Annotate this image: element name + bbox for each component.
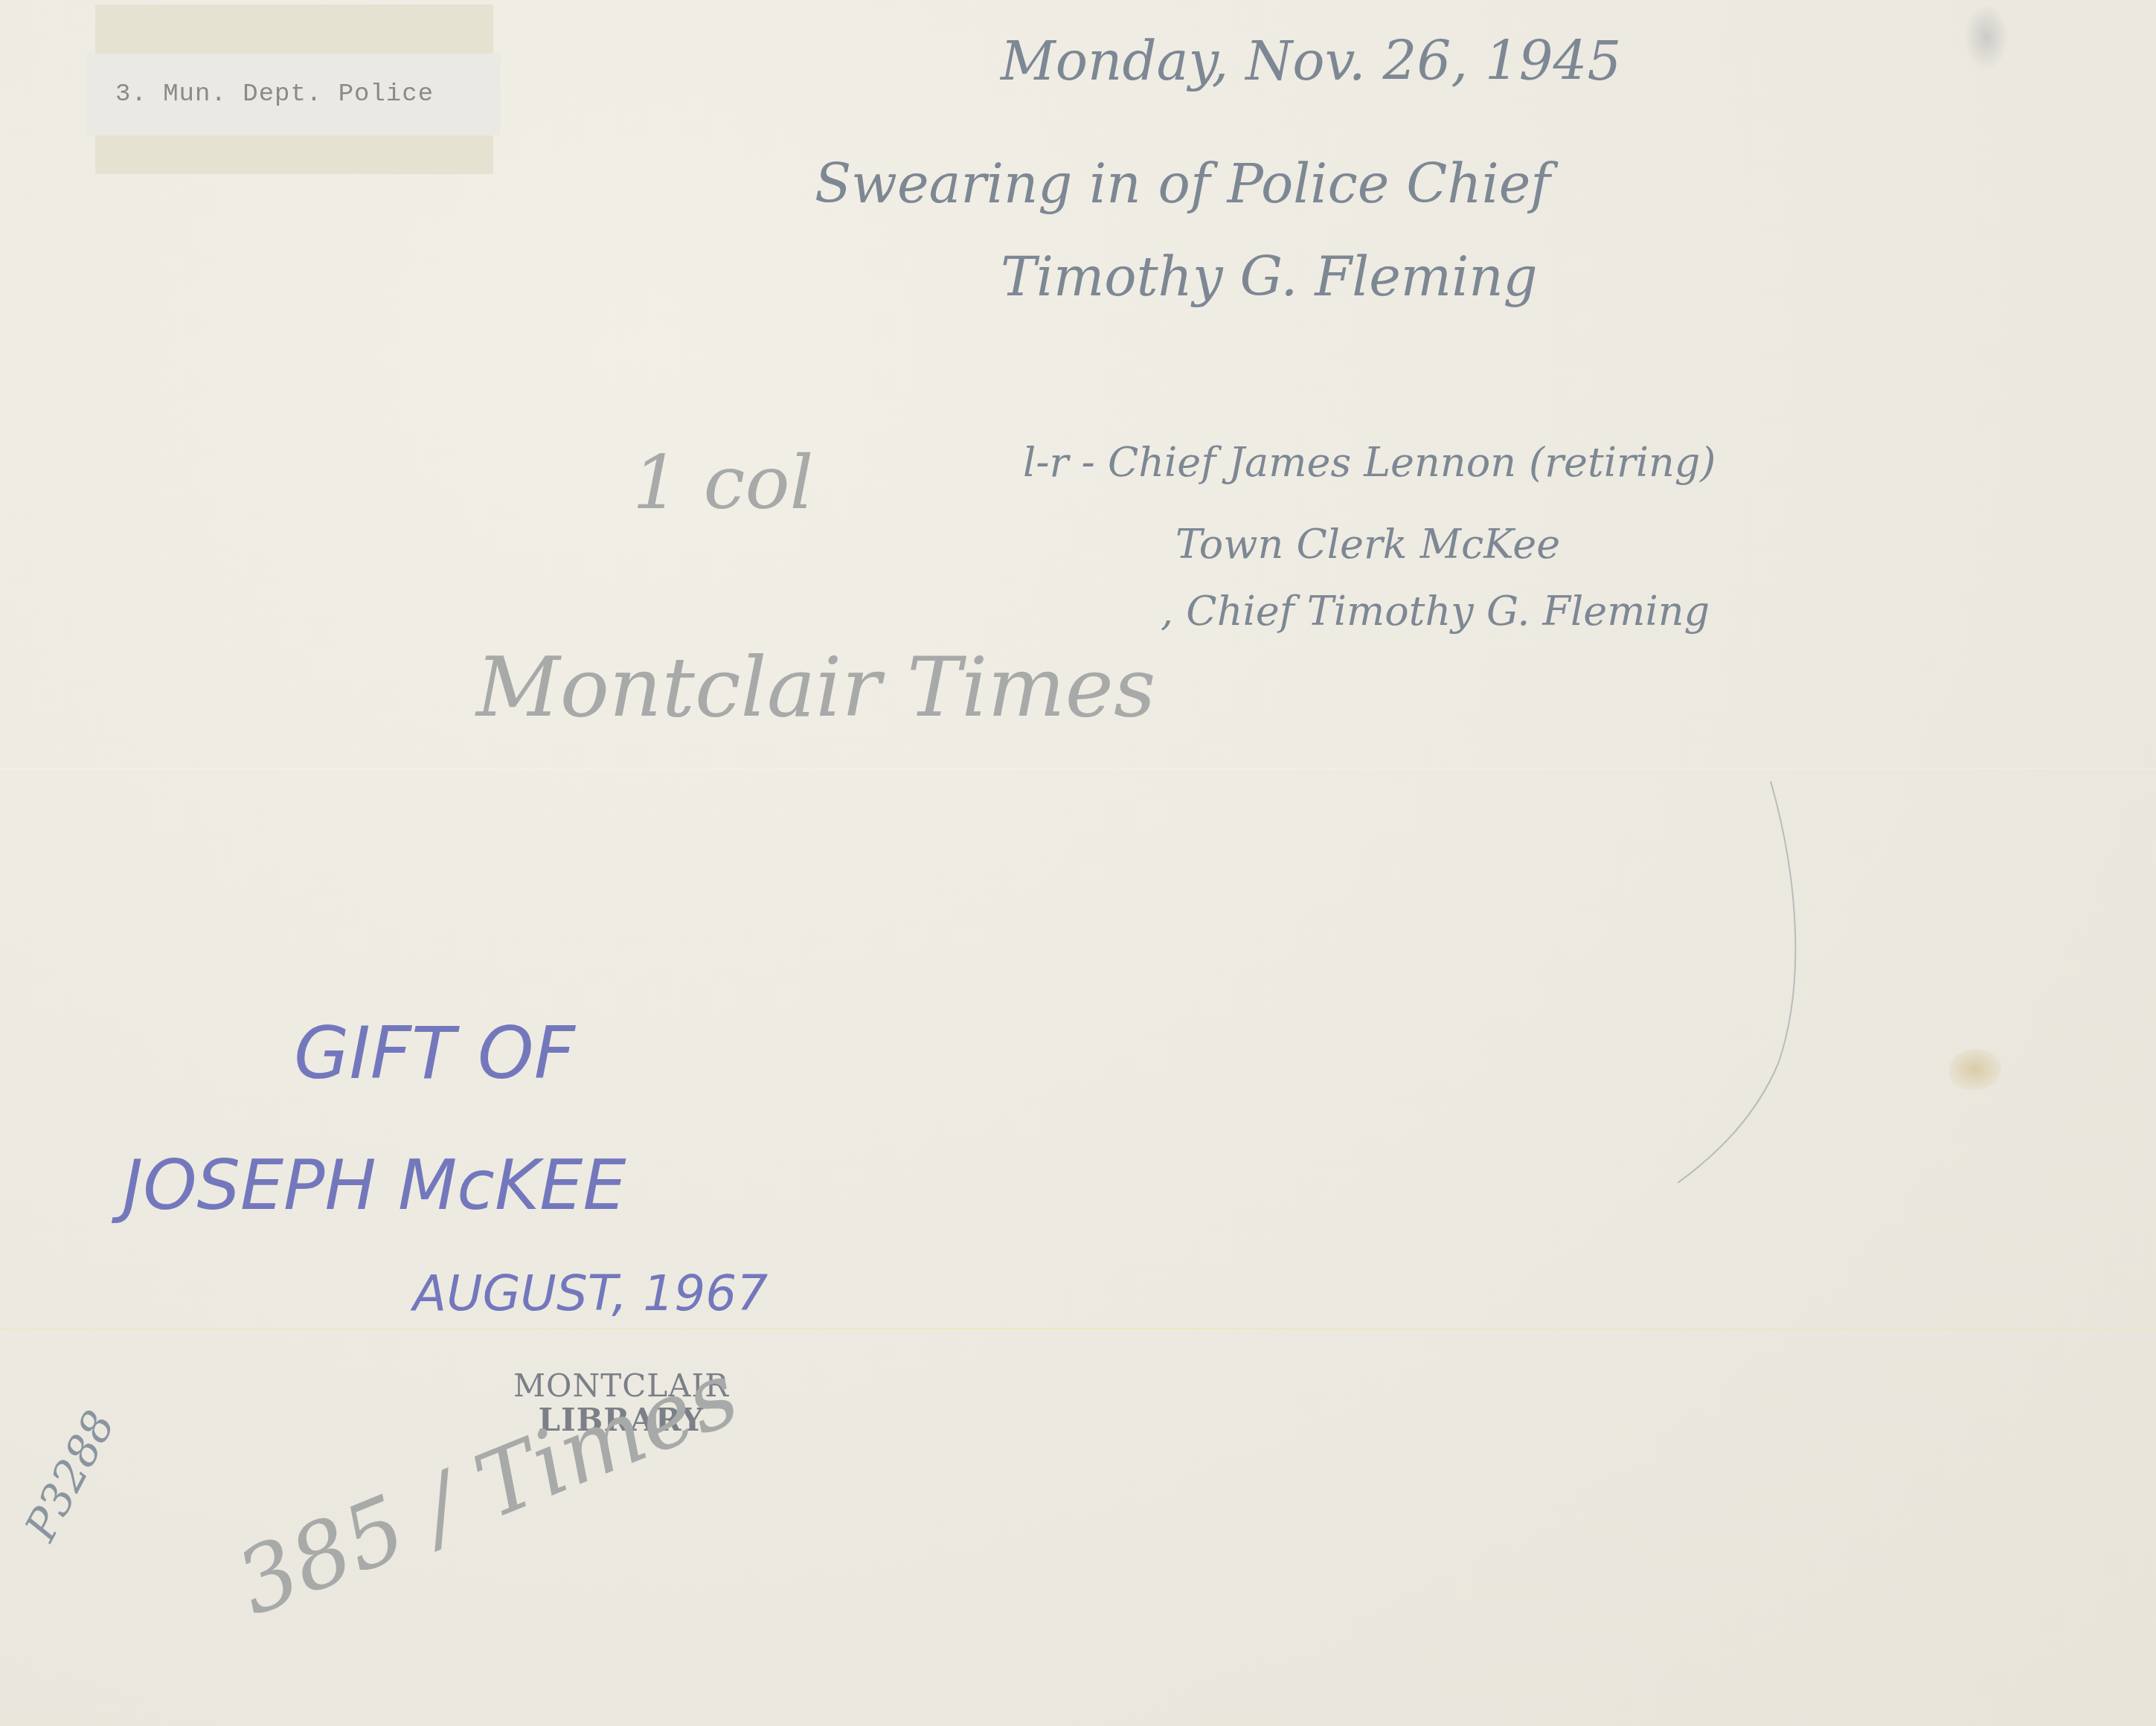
paper-crease [0,1328,2156,1329]
publication-note: Montclair Times [476,640,1155,735]
identification-line3: , Chief Timothy G. Fleming [1161,588,1710,635]
pencil-smudge [1964,4,2009,71]
layout-note: 1 col [632,439,814,526]
paper-stain [1949,1049,2001,1090]
gift-note-line2: JOSEPH McKEE [123,1146,626,1225]
gift-note-line1: GIFT OF [294,1012,575,1095]
catalog-label-text: 3. Mun. Dept. Police [86,80,434,109]
identification-line2: Town Clerk McKee [1175,521,1560,568]
catalog-label: 3. Mun. Dept. Police [86,54,501,135]
identification-line1: l-r - Chief James Lennon (retiring) [1023,439,1716,486]
caption-date: Monday, Nov. 26, 1945 [1001,30,1621,92]
caption-title-line2: Timothy G. Fleming [1001,246,1538,308]
caption-title-line1: Swearing in of Police Chief [815,153,1550,215]
gift-note-line3: AUGUST, 1967 [413,1265,768,1322]
paper-crease [0,769,2156,769]
